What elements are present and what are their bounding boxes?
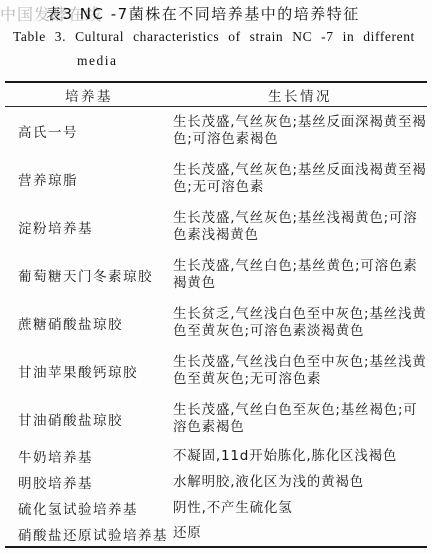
growth-cell: 还原 bbox=[173, 521, 427, 546]
medium-cell: 甘油苹果酸钙琼胶 bbox=[5, 361, 173, 381]
medium-cell: 甘油硝酸盐琼胶 bbox=[5, 409, 173, 429]
table-row: 甘油苹果酸钙琼胶 生长茂盛,气丝浅白色至中灰色;基丝浅黄色至黄灰色;无可溶色素 bbox=[5, 347, 427, 395]
medium-cell: 硫化氢试验培养基 bbox=[5, 498, 173, 518]
caption-line-2: media bbox=[77, 53, 425, 69]
medium-cell: 高氏一号 bbox=[5, 121, 173, 141]
growth-cell: 生长茂盛,气丝灰色;基丝反面深褐黄至褐色;可溶色素褐色 bbox=[173, 110, 427, 152]
column-header-growth: 生长情况 bbox=[173, 85, 427, 105]
table-row: 高氏一号 生长茂盛,气丝灰色;基丝反面深褐黄至褐色;可溶色素褐色 bbox=[5, 107, 427, 155]
table-row: 硫化氢试验培养基 阴性,不产生硫化氢 bbox=[5, 495, 427, 521]
table-row: 甘油硝酸盐琼胶 生长茂盛,气丝白色至灰色;基丝褐色;可溶色素褐色 bbox=[5, 395, 427, 443]
table-row: 营养琼脂 生长茂盛,气丝灰色;基丝反面浅褐黄至褐色;无可溶色素 bbox=[5, 155, 427, 203]
column-header-medium: 培养基 bbox=[5, 85, 173, 105]
growth-cell: 不凝固,11d开始胨化,胨化区浅褐色 bbox=[173, 444, 427, 469]
growth-cell: 生长贫乏,气丝浅白色至中灰色;基丝浅黄色至黄灰色;可溶色素淡褐黄色 bbox=[173, 302, 427, 344]
medium-cell: 营养琼脂 bbox=[5, 169, 173, 189]
table-title-chinese: 表3 NC -7菌株在不同培养基中的培养特征 bbox=[46, 3, 360, 24]
table-row: 蔗糖硝酸盐琼胶 生长贫乏,气丝浅白色至中灰色;基丝浅黄色至黄灰色;可溶色素淡褐黄… bbox=[5, 299, 427, 347]
medium-cell: 淀粉培养基 bbox=[5, 217, 173, 237]
growth-cell: 生长茂盛,气丝灰色;基丝反面浅褐黄至褐色;无可溶色素 bbox=[173, 158, 427, 200]
table-caption-english: Table 3. Cultural characteristics of str… bbox=[13, 29, 425, 69]
table-header-row: 培养基 生长情况 bbox=[5, 83, 427, 107]
medium-cell: 硝酸盐还原试验培养基 bbox=[5, 524, 173, 544]
growth-cell: 生长茂盛,气丝白色;基丝黄色;可溶色素褐黄色 bbox=[173, 254, 427, 296]
medium-cell: 明胶培养基 bbox=[5, 472, 173, 492]
table-row: 牛奶培养基 不凝固,11d开始胨化,胨化区浅褐色 bbox=[5, 443, 427, 469]
caption-line-1: Table 3. Cultural characteristics of str… bbox=[13, 29, 415, 44]
culture-characteristics-table: 培养基 生长情况 高氏一号 生长茂盛,气丝灰色;基丝反面深褐黄至褐色;可溶色素褐… bbox=[5, 81, 427, 548]
medium-cell: 葡萄糖天门冬素琼胶 bbox=[5, 265, 173, 285]
medium-cell: 牛奶培养基 bbox=[5, 446, 173, 466]
table-row: 明胶培养基 水解明胶,液化区为浅的黄褐色 bbox=[5, 469, 427, 495]
growth-cell: 水解明胶,液化区为浅的黄褐色 bbox=[173, 470, 427, 495]
growth-cell: 生长茂盛,气丝白色至灰色;基丝褐色;可溶色素褐色 bbox=[173, 398, 427, 440]
growth-cell: 生长茂盛,气丝灰色;基丝浅褐黄色;可溶色素浅褐黄色 bbox=[173, 206, 427, 248]
table-row: 葡萄糖天门冬素琼胶 生长茂盛,气丝白色;基丝黄色;可溶色素褐黄色 bbox=[5, 251, 427, 299]
growth-cell: 阴性,不产生硫化氢 bbox=[173, 496, 427, 521]
growth-cell: 生长茂盛,气丝浅白色至中灰色;基丝浅黄色至黄灰色;无可溶色素 bbox=[173, 350, 427, 392]
table-row: 淀粉培养基 生长茂盛,气丝灰色;基丝浅褐黄色;可溶色素浅褐黄色 bbox=[5, 203, 427, 251]
table-row: 硝酸盐还原试验培养基 还原 bbox=[5, 521, 427, 546]
medium-cell: 蔗糖硝酸盐琼胶 bbox=[5, 313, 173, 333]
